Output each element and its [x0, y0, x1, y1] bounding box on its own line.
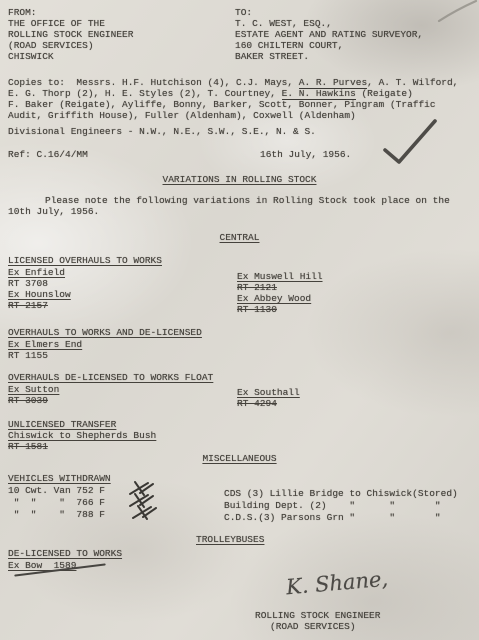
from-line: THE OFFICE OF THE	[8, 18, 105, 29]
heading-licensed-overhauls: LICENSED OVERHAULS TO WORKS	[8, 255, 162, 266]
divisional-engineers-line: Divisional Engineers - N.W., N.E., S.W.,…	[8, 126, 316, 137]
ref-number: Ref: C.16/4/MM	[8, 149, 88, 160]
heading-delicensed-to-works: DE-LICENSED TO WORKS	[8, 548, 122, 559]
copies-line: E. G. Thorp (2), H. E. Styles (2), T. Co…	[8, 88, 413, 99]
to-line: ESTATE AGENT AND RATING SURVEYOR,	[235, 29, 423, 40]
misc-row: CDS (3) Lillie Bridge to Chiswick(Stored…	[224, 488, 458, 499]
to-line: T. C. WEST, ESQ.,	[235, 18, 332, 29]
from-line: (ROAD SERVICES)	[8, 40, 94, 51]
signature-title: (ROAD SERVICES)	[270, 621, 356, 632]
section-central: CENTRAL	[0, 232, 479, 243]
section-miscellaneous-text: MISCELLANEOUS	[202, 453, 276, 464]
document-title-text: VARIATIONS IN ROLLING STOCK	[163, 174, 317, 185]
withdrawn-mark-icon	[131, 505, 159, 520]
entry-depot: Ex Southall	[237, 387, 300, 398]
entry-depot: Ex Sutton	[8, 384, 59, 395]
copies-line: Copies to: Messrs. H.F. Hutchison (4), C…	[8, 77, 458, 88]
misc-row: C.D.S.(3) Parsons Grn " " "	[224, 512, 441, 523]
entry-depot: Ex Hounslow	[8, 289, 71, 300]
signature-handwritten: K. Shane,	[286, 574, 389, 594]
section-miscellaneous: MISCELLANEOUS	[0, 453, 479, 464]
checkmark-icon	[381, 116, 441, 170]
section-central-text: CENTRAL	[220, 232, 260, 243]
entry-depot: Ex Abbey Wood	[237, 293, 311, 304]
copies-text: E. G. Thorp (2), H. E. Styles (2), T. Co…	[8, 88, 282, 99]
intro-line: 10th July, 1956.	[8, 206, 99, 217]
heading-unlicensed-transfer: UNLICENSED TRANSFER	[8, 419, 116, 430]
copies-text: Copies to: Messrs. H.F. Hutchison (4), C…	[8, 77, 299, 88]
entry-fleet-number: RT 1130	[237, 304, 277, 315]
vehicle-row: " " " 766 F	[8, 497, 105, 508]
entry-fleet-number: RT 2121	[237, 282, 277, 293]
from-label: FROM:	[8, 7, 37, 18]
entry-depot: Ex Enfield	[8, 267, 65, 278]
copies-text: (Reigate)	[356, 88, 413, 99]
from-line: ROLLING STOCK ENGINEER	[8, 29, 133, 40]
entry-fleet-number: RT 1155	[8, 350, 48, 361]
copies-line: Audit, Griffith House), Fuller (Aldenham…	[8, 110, 356, 121]
document-title: VARIATIONS IN ROLLING STOCK	[0, 174, 479, 185]
entry-fleet-number: RT 4294	[237, 398, 277, 409]
pencil-stroke-corner	[436, 0, 479, 22]
entry-fleet-number: RT 1581	[8, 441, 48, 452]
vehicle-row: 10 Cwt. Van 752 F	[8, 485, 105, 496]
date: 16th July, 1956.	[260, 149, 351, 160]
copies-text: , A. T. Wilford,	[367, 77, 458, 88]
intro-line: Please note the following variations in …	[45, 195, 450, 206]
entry-fleet-number: RT 2157	[8, 300, 48, 311]
section-trolleybuses: TROLLEYBUSES	[196, 534, 264, 545]
heading-vehicles-withdrawn: VEHICLES WITHDRAWN	[8, 473, 111, 484]
entry-fleet-number: RT 3039	[8, 395, 48, 406]
heading-works-float: OVERHAULS DE-LICENSED TO WORKS FLOAT	[8, 372, 213, 383]
entry-depot: Ex Muswell Hill	[237, 271, 323, 282]
heading-overhauls-delicensed: OVERHAULS TO WORKS AND DE-LICENSED	[8, 327, 202, 338]
copies-line: F. Baker (Reigate), Ayliffe, Bonny, Bark…	[8, 99, 436, 110]
entry-fleet-number: RT 3708	[8, 278, 48, 289]
to-line: BAKER STREET.	[235, 51, 309, 62]
from-line: CHISWICK	[8, 51, 54, 62]
to-line: 160 CHILTERN COURT,	[235, 40, 343, 51]
vehicle-row: " " " 788 F	[8, 509, 105, 520]
to-label: TO:	[235, 7, 252, 18]
signature-title: ROLLING STOCK ENGINEER	[255, 610, 380, 621]
scanned-memo-document: FROM: THE OFFICE OF THE ROLLING STOCK EN…	[0, 0, 479, 640]
entry-depot: Ex Elmers End	[8, 339, 82, 350]
misc-row: Building Dept. (2) " " "	[224, 500, 441, 511]
entry-transfer-route: Chiswick to Shepherds Bush	[8, 430, 156, 441]
